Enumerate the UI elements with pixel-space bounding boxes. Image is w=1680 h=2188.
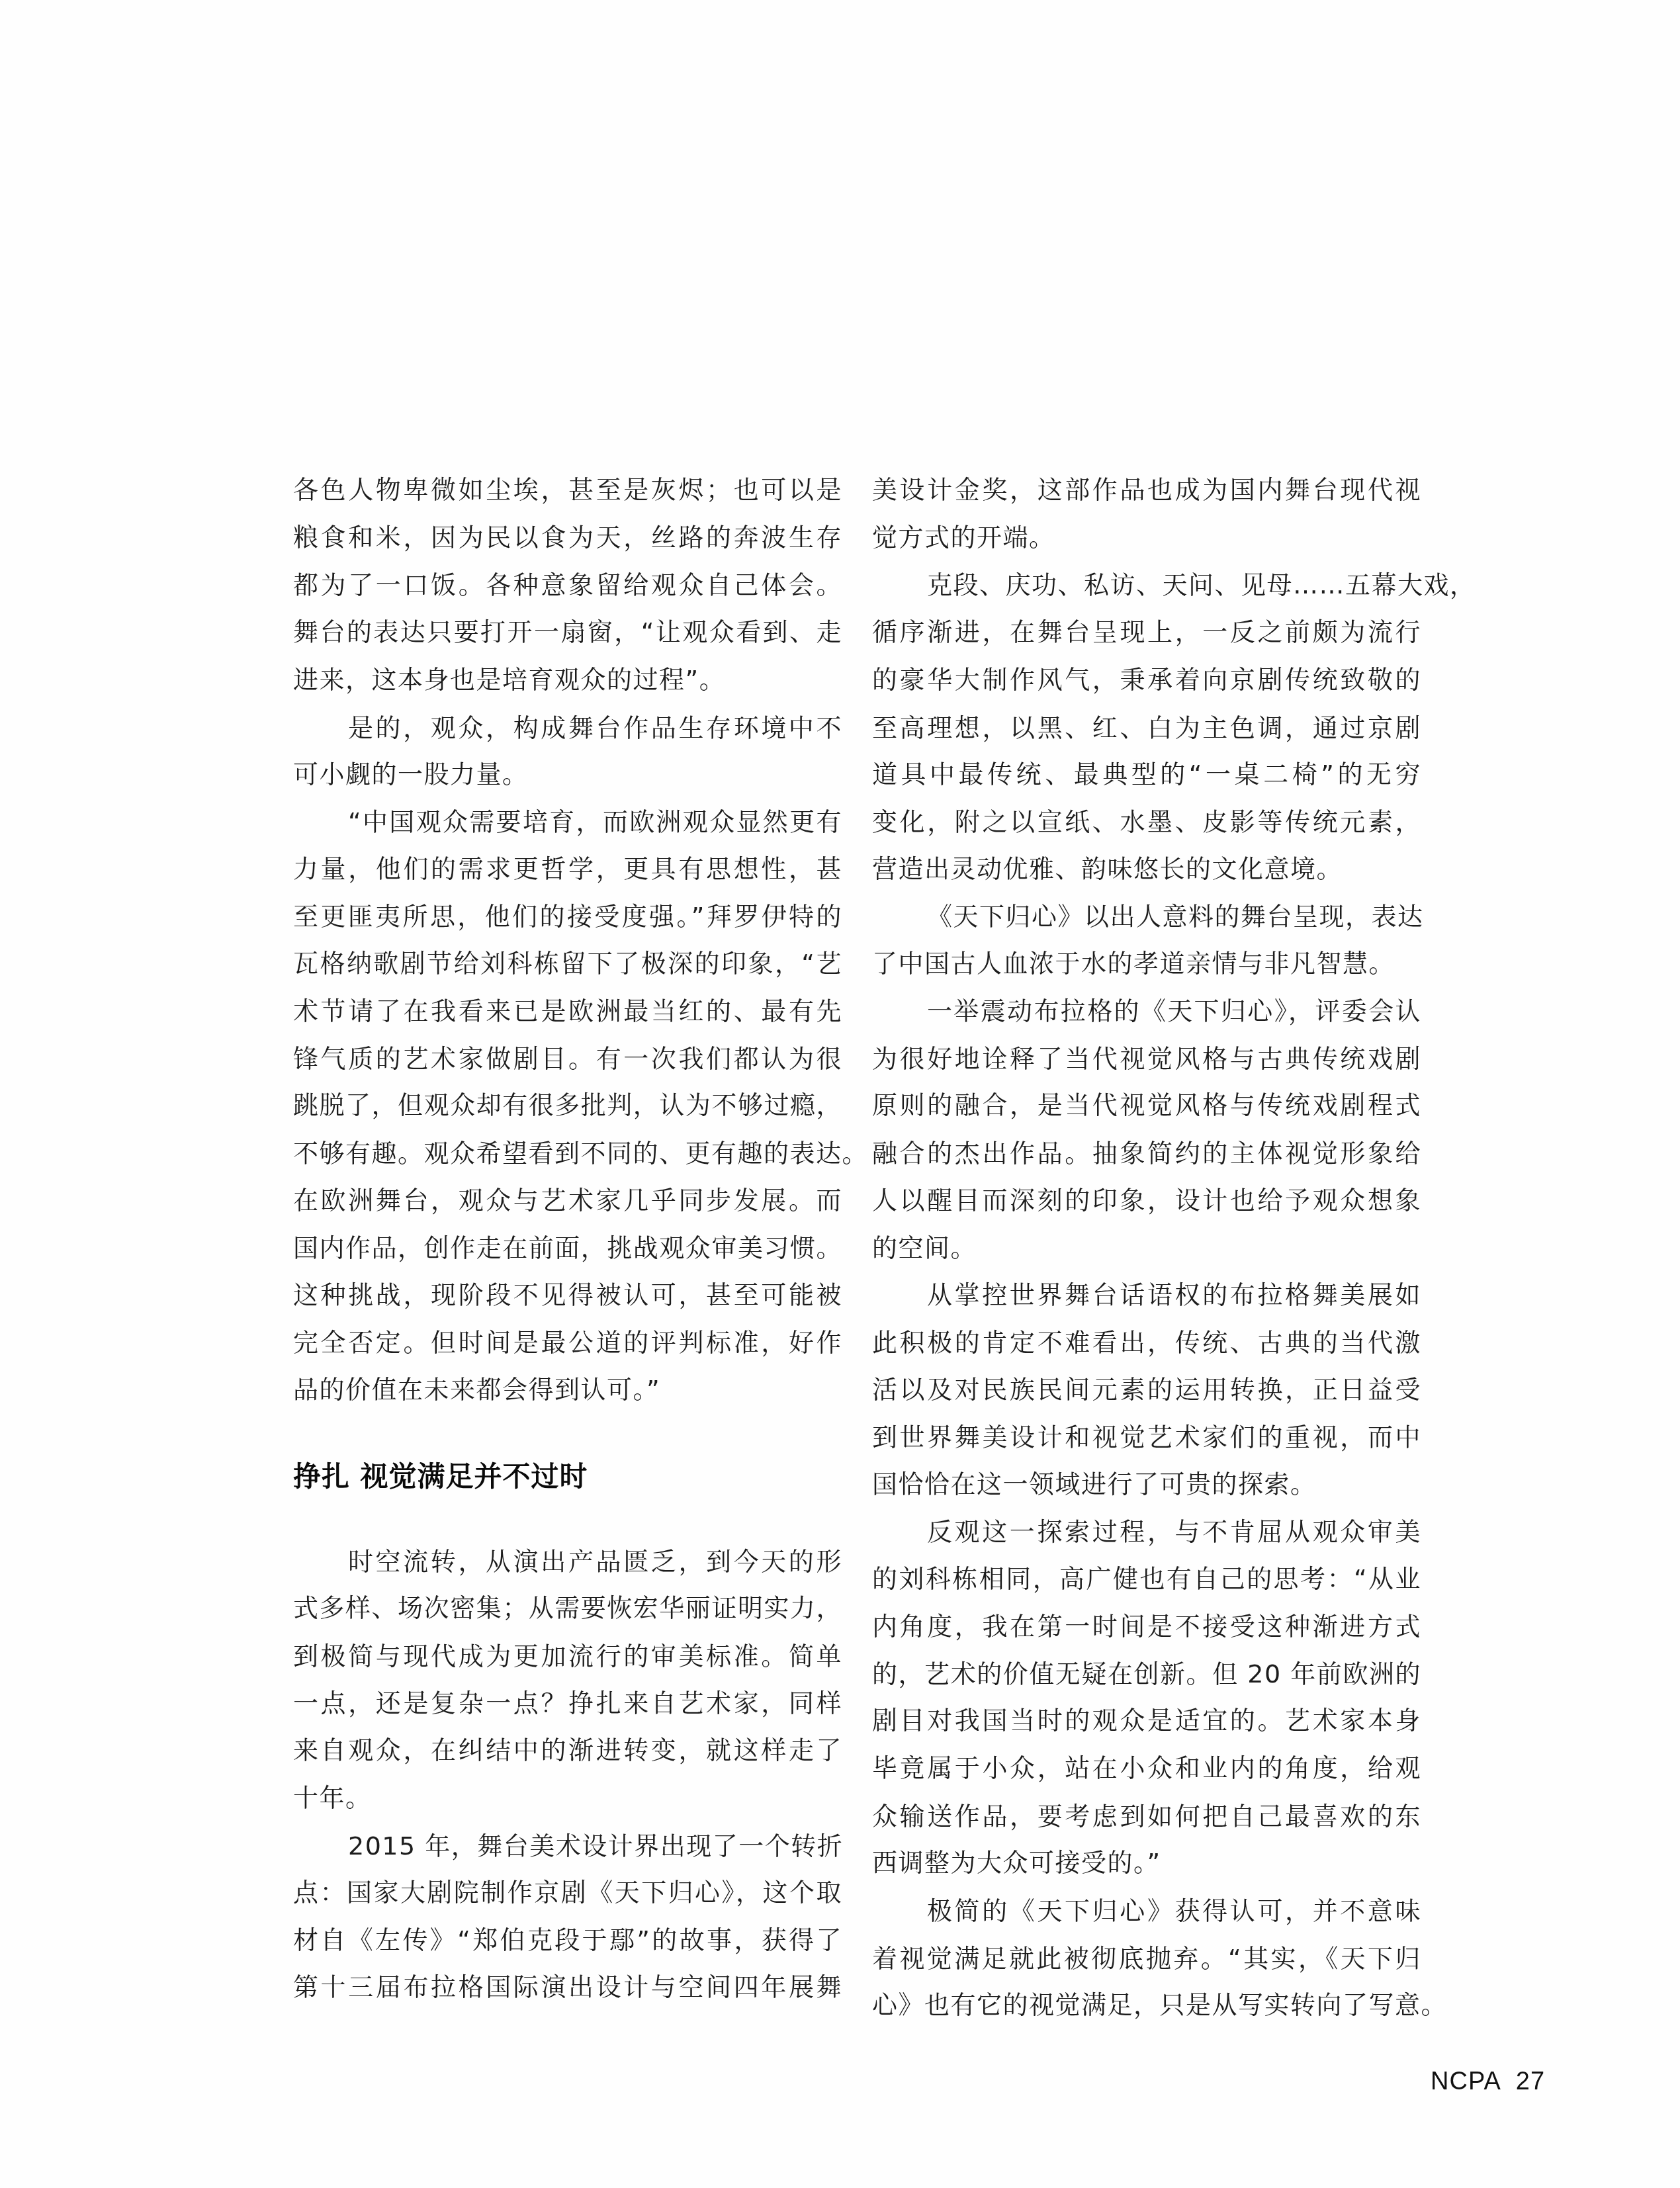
text-line: 此积极的肯定不难看出，传统、古典的当代激 [872, 1319, 1421, 1366]
text-line: 心》也有它的视觉满足，只是从写实转向了写意。 [872, 1981, 1421, 2029]
text-line: 变化，附之以宣纸、水墨、皮影等传统元素， [872, 798, 1421, 846]
text-line: 极简的《天下归心》获得认可，并不意味 [927, 1887, 1421, 1935]
text-line: 粮食和米，因为民以食为天，丝路的奔波生存 [293, 513, 842, 561]
text-line: 品的价值在未来都会得到认可。” [293, 1366, 660, 1413]
page-number: 27 [1516, 2068, 1545, 2095]
text-line: 术节请了在我看来已是欧洲最当红的、最有先 [293, 987, 842, 1035]
text-line: 力量，他们的需求更哲学，更具有思想性，甚 [293, 845, 842, 893]
text-line: 跳脱了，但观众却有很多批判，认为不够过瘾， [293, 1081, 842, 1129]
text-line: 十年。 [293, 1774, 372, 1821]
text-line: 时空流转，从演出产品匮乏，到今天的形 [348, 1538, 842, 1585]
text-line: 这种挑战，现阶段不见得被认可，甚至可能被 [293, 1271, 842, 1319]
text-line: 原则的融合，是当代视觉风格与传统戏剧程式 [872, 1081, 1421, 1129]
text-line: 反观这一探索过程，与不肯屈从观众审美 [927, 1508, 1421, 1555]
text-line: 式多样、场次密集；从需要恢宏华丽证明实力， [293, 1584, 842, 1632]
text-line: 人以醒目而深刻的印象，设计也给予观众想象 [872, 1176, 1421, 1224]
magazine-page: 各色人物卑微如尘埃，甚至是灰烬；也可以是粮食和米，因为民以食为天，丝路的奔波生存… [0, 0, 1680, 2188]
text-line: 国内作品，创作走在前面，挑战观众审美习惯。 [293, 1224, 842, 1272]
section-heading: 挣扎 视觉满足并不过时 [293, 1453, 588, 1501]
text-line: 材自《左传》“郑伯克段于鄢”的故事，获得了 [293, 1916, 842, 1964]
text-line: 的刘科栋相同，高广健也有自己的思考：“从业 [872, 1555, 1421, 1602]
text-line: 各色人物卑微如尘埃，甚至是灰烬；也可以是 [293, 466, 842, 513]
text-line: 来自观众，在纠结中的渐进转变，就这样走了 [293, 1726, 842, 1774]
text-line: 毕竟属于小众，站在小众和业内的角度，给观 [872, 1744, 1421, 1792]
page-footer: NCPA27 [1431, 2068, 1545, 2096]
text-line: 在欧洲舞台，观众与艺术家几乎同步发展。而 [293, 1176, 842, 1224]
text-line: 一点，还是复杂一点？挣扎来自艺术家，同样 [293, 1679, 842, 1727]
text-line: 了中国古人血浓于水的孝道亲情与非凡智慧。 [872, 940, 1395, 987]
text-line: 内角度，我在第一时间是不接受这种渐进方式 [872, 1602, 1421, 1650]
text-line: 完全否定。但时间是最公道的评判标准，好作 [293, 1319, 842, 1366]
text-line: 着视觉满足就此被彻底抛弃。“其实，《天下归 [872, 1935, 1421, 1982]
text-line: 是的，观众，构成舞台作品生存环境中不 [348, 704, 842, 752]
text-line: 国恰恰在这一领域进行了可贵的探索。 [872, 1460, 1317, 1508]
text-line: “中国观众需要培育，而欧洲观众显然更有 [348, 798, 842, 846]
text-line: 可小觑的一股力量。 [293, 750, 529, 798]
text-line: 瓦格纳歌剧节给刘科栋留下了极深的印象，“艺 [293, 940, 842, 987]
text-line: 为很好地诠释了当代视觉风格与古典传统戏剧 [872, 1035, 1421, 1082]
text-line: 点：国家大剧院制作京剧《天下归心》，这个取 [293, 1868, 842, 1916]
text-line: 进来，这本身也是培育观众的过程”。 [293, 656, 725, 703]
text-line: 至更匪夷所思，他们的接受度强。”拜罗伊特的 [293, 893, 842, 940]
text-line: 舞台的表达只要打开一扇窗，“让观众看到、走 [293, 608, 842, 656]
text-line: 融合的杰出作品。抽象简约的主体视觉形象给 [872, 1129, 1421, 1177]
text-line: 剧目对我国当时的观众是适宜的。艺术家本身 [872, 1696, 1421, 1744]
text-line: 不够有趣。观众希望看到不同的、更有趣的表达。 [293, 1129, 842, 1177]
text-line: 第十三届布拉格国际演出设计与空间四年展舞 [293, 1963, 842, 2011]
text-line: 到世界舞美设计和视觉艺术家们的重视，而中 [872, 1413, 1421, 1461]
text-line: 一举震动布拉格的《天下归心》，评委会认 [927, 987, 1421, 1035]
text-line: 的空间。 [872, 1224, 977, 1272]
text-line: 营造出灵动优雅、韵味悠长的文化意境。 [872, 845, 1343, 893]
text-line: 觉方式的开端。 [872, 513, 1055, 561]
text-line: 克段、庆功、私访、天问、见母……五幕大戏， [927, 561, 1421, 609]
text-line: 都为了一口饭。各种意象留给观众自己体会。 [293, 561, 842, 609]
text-line: 道具中最传统、最典型的“一桌二椅”的无穷 [872, 750, 1421, 798]
text-line: 美设计金奖，这部作品也成为国内舞台现代视 [872, 466, 1421, 513]
text-line: 2015 年，舞台美术设计界出现了一个转折 [348, 1822, 842, 1870]
publication-name: NCPA [1431, 2068, 1501, 2095]
text-line: 西调整为大众可接受的。” [872, 1839, 1161, 1886]
text-line: 至高理想，以黑、红、白为主色调，通过京剧 [872, 704, 1421, 752]
text-line: 的豪华大制作风气，秉承着向京剧传统致敬的 [872, 656, 1421, 703]
text-line: 《天下归心》以出人意料的舞台呈现，表达 [927, 893, 1421, 940]
text-line: 锋气质的艺术家做剧目。有一次我们都认为很 [293, 1035, 842, 1082]
text-line: 循序渐进，在舞台呈现上，一反之前颇为流行 [872, 608, 1421, 656]
text-line: 活以及对民族民间元素的运用转换，正日益受 [872, 1366, 1421, 1413]
text-line: 的，艺术的价值无疑在创新。但 20 年前欧洲的 [872, 1650, 1421, 1698]
text-line: 从掌控世界舞台话语权的布拉格舞美展如 [927, 1271, 1421, 1319]
text-line: 到极简与现代成为更加流行的审美标准。简单 [293, 1632, 842, 1680]
text-line: 众输送作品，要考虑到如何把自己最喜欢的东 [872, 1792, 1421, 1840]
